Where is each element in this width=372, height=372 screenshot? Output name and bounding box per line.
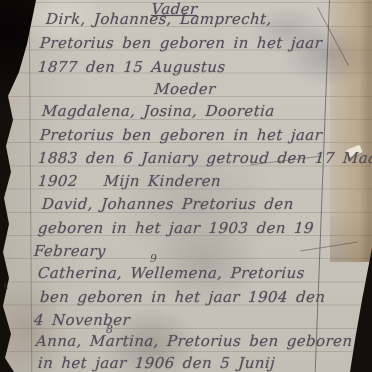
- document-page: Vader Moeder Dirk, Johannes, Lamprecht, …: [0, 0, 372, 372]
- text-line: 4 Novenber: [33, 311, 130, 329]
- text-line: ben geboren in het jaar 1904 den: [39, 288, 326, 306]
- margin-arrow-mark: ‹: [2, 276, 8, 294]
- marriage-year: 1902: [37, 172, 78, 190]
- text-line: Pretorius ben geboren in het jaar: [39, 34, 323, 52]
- text-line: Dirk, Johannes, Lamprecht,: [45, 10, 272, 28]
- text-line: Catherina, Wellemena, Pretorius: [37, 264, 305, 282]
- heading-mother: Moeder: [39, 80, 330, 98]
- text-line: Febreary: [33, 242, 106, 260]
- heading-children: Mijn Kinderen: [103, 172, 222, 190]
- text-line: 1883 den 6 Janiary getroud den 17 Maart: [37, 149, 372, 167]
- text-line: Pretorius ben geboren in het jaar: [39, 126, 323, 144]
- text-line: Magdalena, Josina, Dooretia: [41, 102, 275, 120]
- text-line: 1877 den 15 Augustus: [37, 58, 226, 76]
- text-line: geboren in het jaar 1903 den 19: [37, 219, 314, 237]
- photo-of-document: Vader Moeder Dirk, Johannes, Lamprecht, …: [0, 0, 372, 372]
- text-line: 1902Mijn Kinderen: [37, 172, 221, 190]
- text-line: David, Johannes Pretorius den: [41, 195, 294, 213]
- text-line: Anna, Martina, Pretorius ben geboren: [35, 332, 353, 350]
- text-line: in het jaar 1906 den 5 Junij: [37, 354, 275, 372]
- aged-page-edge: [330, 0, 372, 262]
